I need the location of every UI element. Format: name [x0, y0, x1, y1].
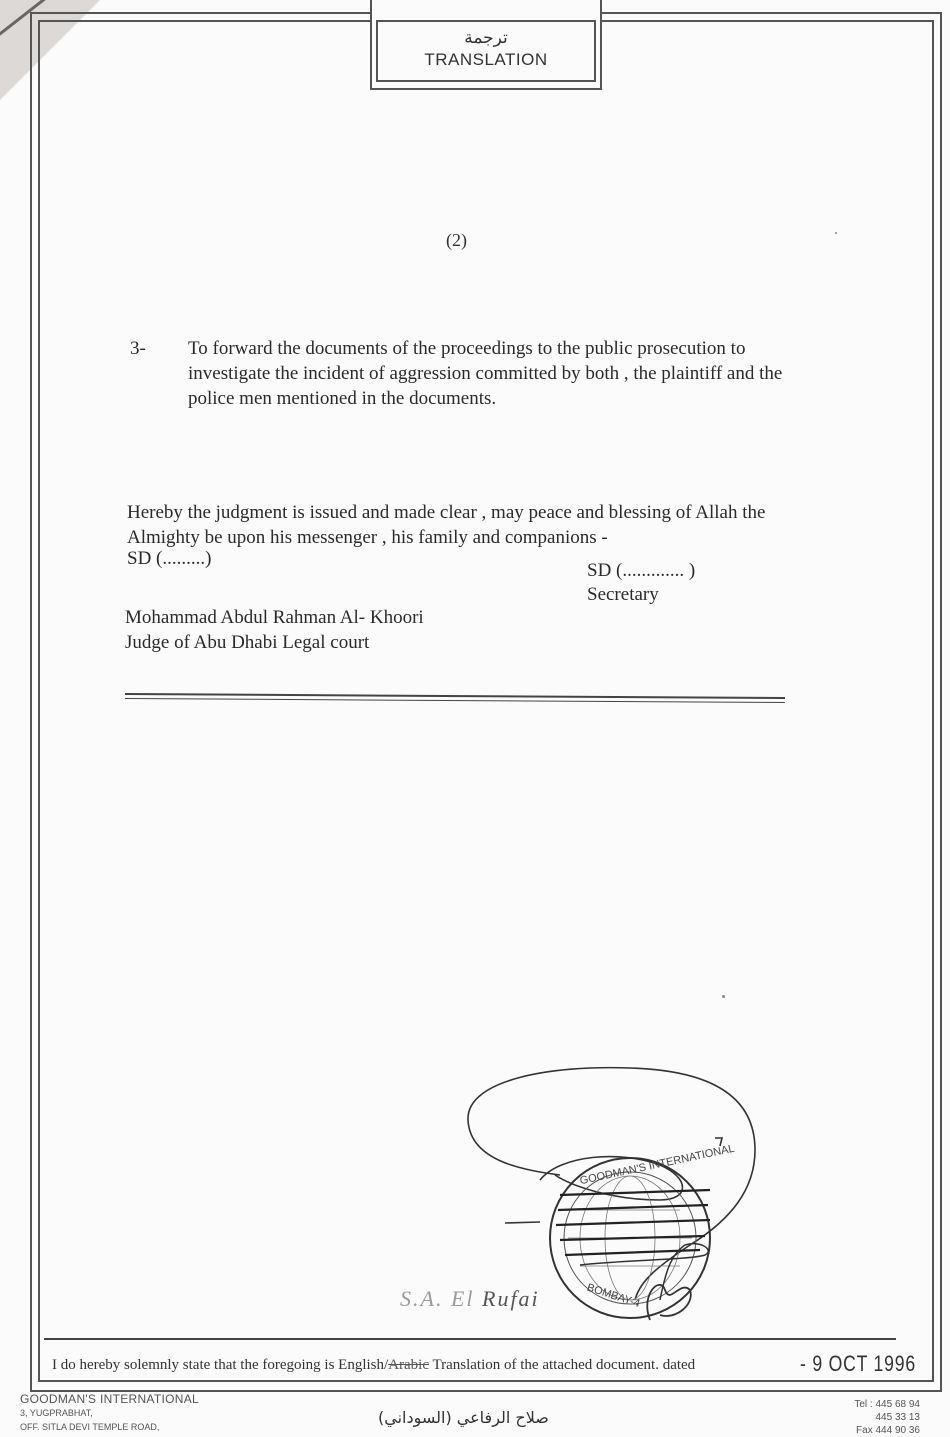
fax-number: 444 90 36 — [876, 1425, 921, 1436]
declaration-divider — [44, 1338, 896, 1340]
page-number: (2) — [446, 230, 467, 251]
svg-text:BOMBAY-4: BOMBAY-4 — [585, 1282, 641, 1310]
svg-text:GOODMAN'S INTERNATIONAL: GOODMAN'S INTERNATIONAL — [579, 1143, 736, 1188]
judge-title: Judge of Abu Dhabi Legal court — [125, 632, 369, 654]
secretary-signature-mark: SD (............. ) — [587, 560, 695, 582]
judge-signature-mark: SD (.........) — [127, 548, 211, 570]
date-stamp: - 9 OCT 1996 — [800, 1351, 916, 1377]
struck-language: Arabic — [388, 1357, 429, 1373]
closing-paragraph: Hereby the judgment is issued and made c… — [127, 500, 807, 550]
letterhead-contact: Tel : 445 68 94 445 33 13 Fax 444 90 36 — [830, 1398, 920, 1437]
translation-header: ترجمة TRANSLATION — [376, 20, 596, 82]
ink-speck — [835, 232, 837, 234]
company-address-line2: OFF. SITLA DEVI TEMPLE ROAD, — [20, 1420, 199, 1434]
company-address-line1: 3, YUGPRABHAT, — [20, 1406, 199, 1420]
ink-speck — [722, 995, 725, 998]
translator-arabic-name: صلاح الرفاعي (السوداني) — [378, 1408, 549, 1427]
phone-number: 445 33 13 — [830, 1411, 920, 1424]
item-number: 3- — [130, 336, 146, 361]
letterhead-company: GOODMAN'S INTERNATIONAL 3, YUGPRABHAT, O… — [20, 1392, 199, 1434]
company-name: GOODMAN'S INTERNATIONAL — [20, 1392, 199, 1406]
translator-signature: S.A. El Rufai — [400, 1286, 540, 1312]
item-text: To forward the documents of the proceedi… — [188, 336, 788, 411]
header-arabic-label: ترجمة — [378, 28, 594, 48]
signature-scribble-icon — [468, 1068, 755, 1300]
secretary-title: Secretary — [587, 584, 659, 606]
header-label: TRANSLATION — [378, 50, 594, 70]
phone-number: 445 68 94 — [876, 1399, 921, 1410]
translation-declaration: I do hereby solemnly state that the fore… — [52, 1357, 695, 1374]
judge-name: Mohammad Abdul Rahman Al- Khoori — [125, 607, 424, 629]
